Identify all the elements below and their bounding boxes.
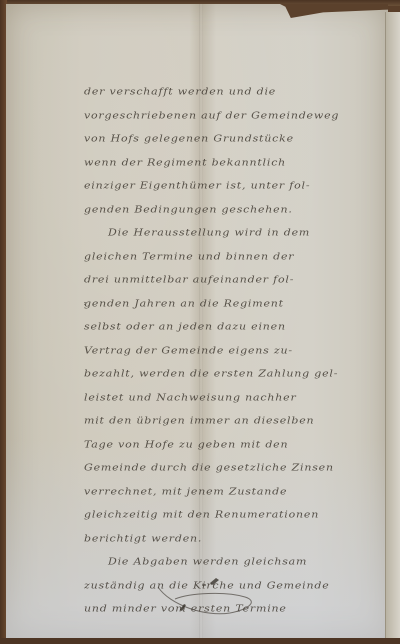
handwritten-line: Vertrag der Gemeinde eigens zu-: [84, 340, 384, 360]
handwritten-line: Gemeinde durch die gesetzliche Zinsen: [84, 458, 384, 478]
line-text: leistet und Nachweisung nachher: [84, 392, 297, 403]
handwritten-line: selbst oder an jeden dazu einen: [84, 317, 384, 337]
line-text: wenn der Regiment bekanntlich: [84, 157, 286, 168]
next-page-edge: [385, 12, 400, 638]
line-text: Gemeinde durch die gesetzliche Zinsen: [84, 462, 334, 473]
line-text: gleichzeitig mit den Renumerationen: [84, 509, 319, 520]
handwritten-line: drei unmittelbar aufeinander fol-: [84, 270, 384, 290]
line-text: verrechnet, mit jenem Zustande: [84, 486, 287, 497]
line-text: Die Abgaben werden gleichsam: [108, 556, 307, 567]
wood-background-bottom: [0, 638, 400, 644]
handwritten-line: =genden Jahren an die Regiment: [84, 293, 384, 313]
handwritten-line: berichtigt werden.: [84, 528, 384, 548]
handwritten-line: verrechnet, mit jenem Zustande: [84, 481, 384, 501]
line-text: der verschafft werden und die: [84, 86, 276, 97]
line-text: Vertrag der Gemeinde eigens zu-: [84, 345, 293, 356]
handwritten-line: der verschafft werden und die: [84, 82, 384, 102]
line-text: mit den übrigen immer an dieselben: [84, 415, 314, 426]
handwritten-line: vorgeschriebenen auf der Gemeindeweg: [84, 105, 384, 125]
handwritten-line: einziger Eigenthümer ist, unter fol-: [84, 176, 384, 196]
handwritten-line: gleichzeitig mit den Renumerationen: [84, 505, 384, 525]
handwritten-line: von Hofs gelegenen Grundstücke: [84, 129, 384, 149]
line-text: selbst oder an jeden dazu einen: [84, 321, 286, 332]
torn-page-edge: [280, 4, 388, 18]
line-text: drei unmittelbar aufeinander fol-: [84, 274, 294, 285]
handwritten-text-block: der verschafft werden und dievorgeschrie…: [84, 80, 384, 621]
line-text: von Hofs gelegenen Grundstücke: [84, 133, 294, 144]
signature-flourish-icon: [150, 575, 260, 625]
handwritten-line: 1)Die Herausstellung wird in dem: [84, 223, 384, 243]
line-text: einziger Eigenthümer ist, unter fol-: [84, 180, 310, 191]
line-text: genden Bedingungen geschehen.: [84, 204, 293, 215]
line-text: vorgeschriebenen auf der Gemeindeweg: [84, 110, 339, 121]
handwritten-line: -genden Bedingungen geschehen.: [84, 199, 384, 219]
line-text: genden Jahren an die Regiment: [84, 298, 284, 309]
handwritten-line: leistet und Nachweisung nachher: [84, 387, 384, 407]
line-text: bezahlt, werden die ersten Zahlung gel-: [84, 368, 338, 379]
line-text: gleichen Termine und binnen der: [84, 251, 294, 262]
handwritten-line: bezahlt, werden die ersten Zahlung gel-: [84, 364, 384, 384]
handwritten-line: gleichen Termine und binnen der: [84, 246, 384, 266]
line-text: berichtigt werden.: [84, 533, 202, 544]
handwritten-line: Tage von Hofe zu geben mit den: [84, 434, 384, 454]
handwritten-line: wenn der Regiment bekanntlich: [84, 152, 384, 172]
handwritten-line: 2)Die Abgaben werden gleichsam: [84, 552, 384, 572]
line-text: Tage von Hofe zu geben mit den: [84, 439, 288, 450]
line-text: Die Herausstellung wird in dem: [108, 227, 310, 238]
hyphen-mark: =: [84, 293, 88, 313]
handwritten-line: mit den übrigen immer an dieselben: [84, 411, 384, 431]
